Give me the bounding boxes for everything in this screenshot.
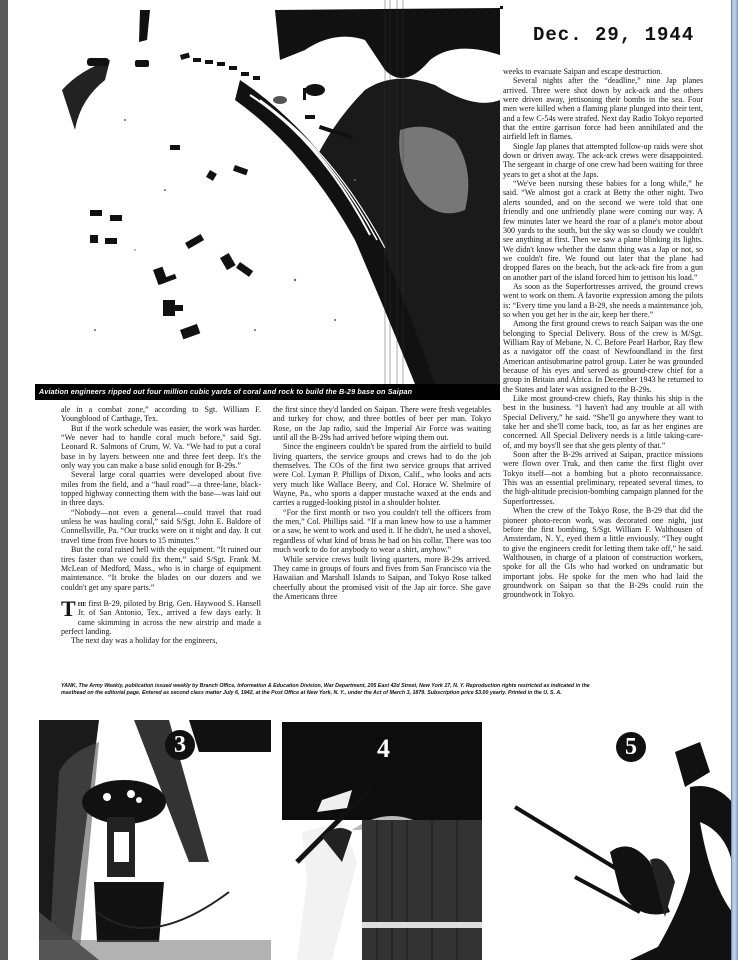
photo-3-crewman-in-turret: 3 — [39, 712, 271, 960]
paragraph: “We've been nursing these babies for a l… — [503, 179, 703, 282]
photo-number-4: 4 — [377, 734, 390, 764]
paragraph: When the crew of the Tokyo Rose, the B-2… — [503, 506, 703, 599]
publication-notice: YANK, The Army Weekly, publication issue… — [61, 683, 711, 696]
viewer-left-gutter — [0, 0, 8, 960]
photo-caption: Aviation engineers ripped out four milli… — [35, 384, 500, 400]
paragraph: While service crews built living quarter… — [273, 555, 491, 602]
photo-number-3: 3 — [165, 730, 195, 760]
photo-4-soldier-with-rifle: 4 — [282, 712, 497, 960]
paragraph: weeks to evacuate Saipan and escape dest… — [503, 67, 703, 76]
viewer-window-edge — [731, 0, 738, 960]
drop-cap: T — [61, 600, 76, 618]
section-opening-paragraph: The first B-29, piloted by Brig. Gen. Ha… — [61, 599, 261, 636]
photo-5-gun-turret: 5 — [500, 712, 732, 960]
paragraph: “Nobody—not even a general—could travel … — [61, 508, 261, 545]
paragraph: Several nights after the “deadline,” nin… — [503, 76, 703, 141]
paragraph: Soon after the B-29s arrived at Saipan, … — [503, 450, 703, 506]
paragraph: Several large coral quarries were develo… — [61, 470, 261, 507]
article-column-left: ale in a combat zone,” according to Sgt.… — [61, 405, 261, 646]
paragraph: ale in a combat zone,” according to Sgt.… — [61, 405, 261, 424]
paragraph: Single Jap planes that attempted follow-… — [503, 142, 703, 179]
paragraph: Since the engineers couldn't be spared f… — [273, 442, 491, 507]
paragraph: Among the first ground crews to reach Sa… — [503, 319, 703, 394]
photo-number-5: 5 — [616, 732, 646, 762]
article-column-right: weeks to evacuate Saipan and escape dest… — [503, 67, 703, 600]
paragraph: But the coral raised hell with the equip… — [61, 545, 261, 592]
paragraph: “For the first month or two you couldn't… — [273, 508, 491, 555]
paragraph: But if the work schedule was easier, the… — [61, 424, 261, 471]
paragraph: Like most ground-crew chiefs, Ray thinks… — [503, 394, 703, 450]
aerial-airfield-photo — [35, 0, 500, 384]
magazine-page: Dec. 29, 1944 — [8, 0, 731, 960]
issue-date: Dec. 29, 1944 — [533, 24, 694, 46]
paragraph: As soon as the Superfortresses arrived, … — [503, 282, 703, 319]
paragraph: The next day was a holiday for the engin… — [61, 636, 261, 645]
paragraph: the first since they'd landed on Saipan.… — [273, 405, 491, 442]
article-column-middle: the first since they'd landed on Saipan.… — [273, 405, 491, 601]
